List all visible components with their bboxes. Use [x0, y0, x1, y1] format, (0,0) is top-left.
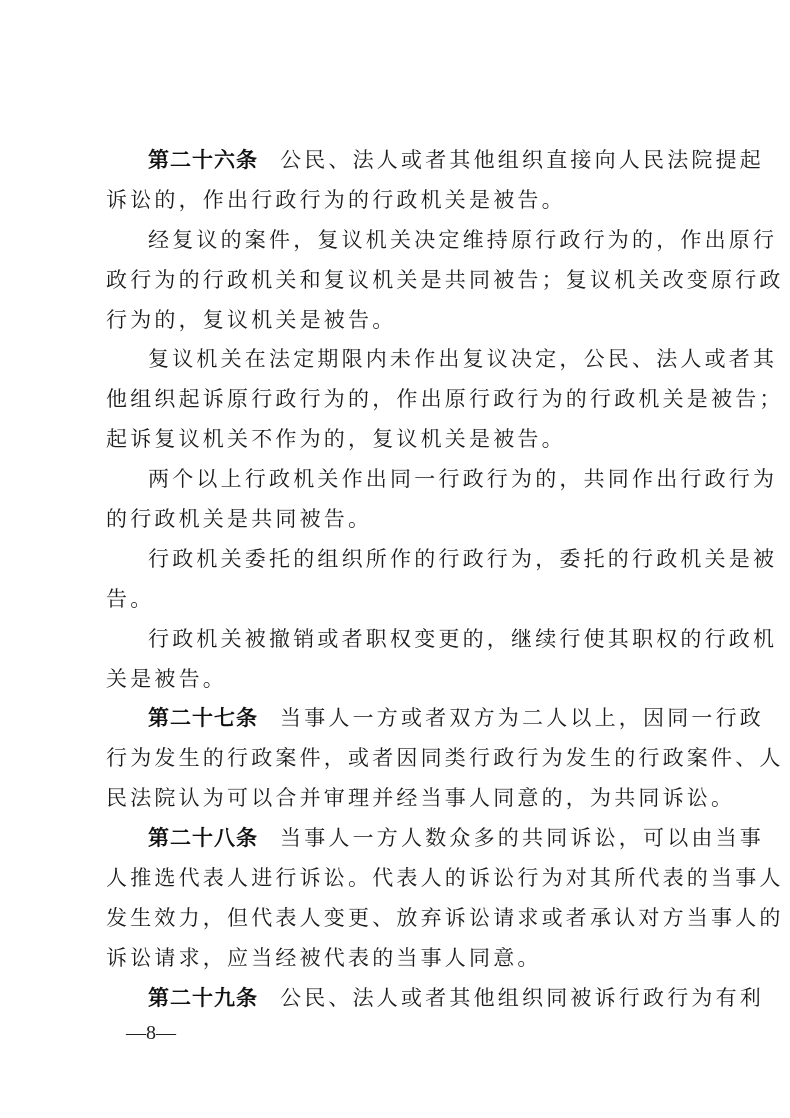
line-text: 关是被告。: [106, 667, 227, 691]
text-line: 行为的，复议机关是被告。: [106, 301, 696, 341]
line-text: 两个以上行政机关作出同一行政行为的，共同作出行政行为: [148, 467, 777, 491]
line-text: 行政机关委托的组织所作的行政行为，委托的行政机关是被: [148, 547, 777, 571]
text-line: 政行为的行政机关和复议机关是共同被告；复议机关改变原行政: [106, 261, 696, 301]
text-line: 民法院认为可以合并审理并经当事人同意的，为共同诉讼。: [106, 779, 696, 819]
text-line: 诉讼的，作出行政行为的行政机关是被告。: [106, 181, 696, 221]
line-text: 的行政机关是共同被告。: [106, 507, 372, 531]
line-text: 经复议的案件，复议机关决定维持原行政行为的，作出原行: [148, 228, 777, 252]
article-line: 第二十六条公民、法人或者其他组织直接向人民法院提起: [106, 141, 696, 181]
line-text: 行政机关被撤销或者职权变更的，继续行使其职权的行政机: [148, 627, 777, 651]
line-text: 公民、法人或者其他组织同被诉行政行为有利: [280, 986, 764, 1010]
text-line: 发生效力，但代表人变更、放弃诉讼请求或者承认对方当事人的: [106, 899, 696, 939]
line-text: 政行为的行政机关和复议机关是共同被告；复议机关改变原行政: [106, 268, 784, 292]
page-number: —8—: [126, 1022, 176, 1045]
text-line: 行为发生的行政案件，或者因同类行政行为发生的行政案件、人: [106, 739, 696, 779]
line-text: 发生效力，但代表人变更、放弃诉讼请求或者承认对方当事人的: [106, 906, 784, 930]
line-text: 起诉复议机关不作为的，复议机关是被告。: [106, 427, 566, 451]
text-line: 他组织起诉原行政行为的，作出原行政行为的行政机关是被告；: [106, 380, 696, 420]
article-heading: 第二十九条: [148, 986, 258, 1010]
line-text: 诉讼的，作出行政行为的行政机关是被告。: [106, 188, 566, 212]
line-text: 行为的，复议机关是被告。: [106, 308, 396, 332]
text-line: 起诉复议机关不作为的，复议机关是被告。: [106, 420, 696, 460]
document-page: 第二十六条公民、法人或者其他组织直接向人民法院提起诉讼的，作出行政行为的行政机关…: [0, 0, 790, 1118]
line-text: 告。: [106, 587, 154, 611]
document-body: 第二十六条公民、法人或者其他组织直接向人民法院提起诉讼的，作出行政行为的行政机关…: [106, 141, 696, 1019]
text-line: 行政机关被撤销或者职权变更的，继续行使其职权的行政机: [106, 620, 696, 660]
text-line: 经复议的案件，复议机关决定维持原行政行为的，作出原行: [106, 221, 696, 261]
article-heading: 第二十七条: [148, 706, 258, 730]
line-text: 复议机关在法定期限内未作出复议决定，公民、法人或者其: [148, 347, 777, 371]
article-heading: 第二十八条: [148, 826, 258, 850]
line-text: 诉讼请求，应当经被代表的当事人同意。: [106, 946, 542, 970]
text-line: 关是被告。: [106, 660, 696, 700]
line-text: 他组织起诉原行政行为的，作出原行政行为的行政机关是被告；: [106, 387, 784, 411]
text-line: 两个以上行政机关作出同一行政行为的，共同作出行政行为: [106, 460, 696, 500]
line-text: 公民、法人或者其他组织直接向人民法院提起: [280, 148, 764, 172]
article-line: 第二十九条公民、法人或者其他组织同被诉行政行为有利: [106, 979, 696, 1019]
line-text: 当事人一方人数众多的共同诉讼，可以由当事: [280, 826, 764, 850]
article-line: 第二十七条当事人一方或者双方为二人以上，因同一行政: [106, 699, 696, 739]
text-line: 复议机关在法定期限内未作出复议决定，公民、法人或者其: [106, 340, 696, 380]
text-line: 行政机关委托的组织所作的行政行为，委托的行政机关是被: [106, 540, 696, 580]
text-line: 的行政机关是共同被告。: [106, 500, 696, 540]
article-line: 第二十八条当事人一方人数众多的共同诉讼，可以由当事: [106, 819, 696, 859]
line-text: 行为发生的行政案件，或者因同类行政行为发生的行政案件、人: [106, 746, 784, 770]
line-text: 民法院认为可以合并审理并经当事人同意的，为共同诉讼。: [106, 786, 735, 810]
line-text: 当事人一方或者双方为二人以上，因同一行政: [280, 706, 764, 730]
text-line: 人推选代表人进行诉讼。代表人的诉讼行为对其所代表的当事人: [106, 859, 696, 899]
text-line: 诉讼请求，应当经被代表的当事人同意。: [106, 939, 696, 979]
article-heading: 第二十六条: [148, 148, 258, 172]
text-line: 告。: [106, 580, 696, 620]
line-text: 人推选代表人进行诉讼。代表人的诉讼行为对其所代表的当事人: [106, 866, 784, 890]
